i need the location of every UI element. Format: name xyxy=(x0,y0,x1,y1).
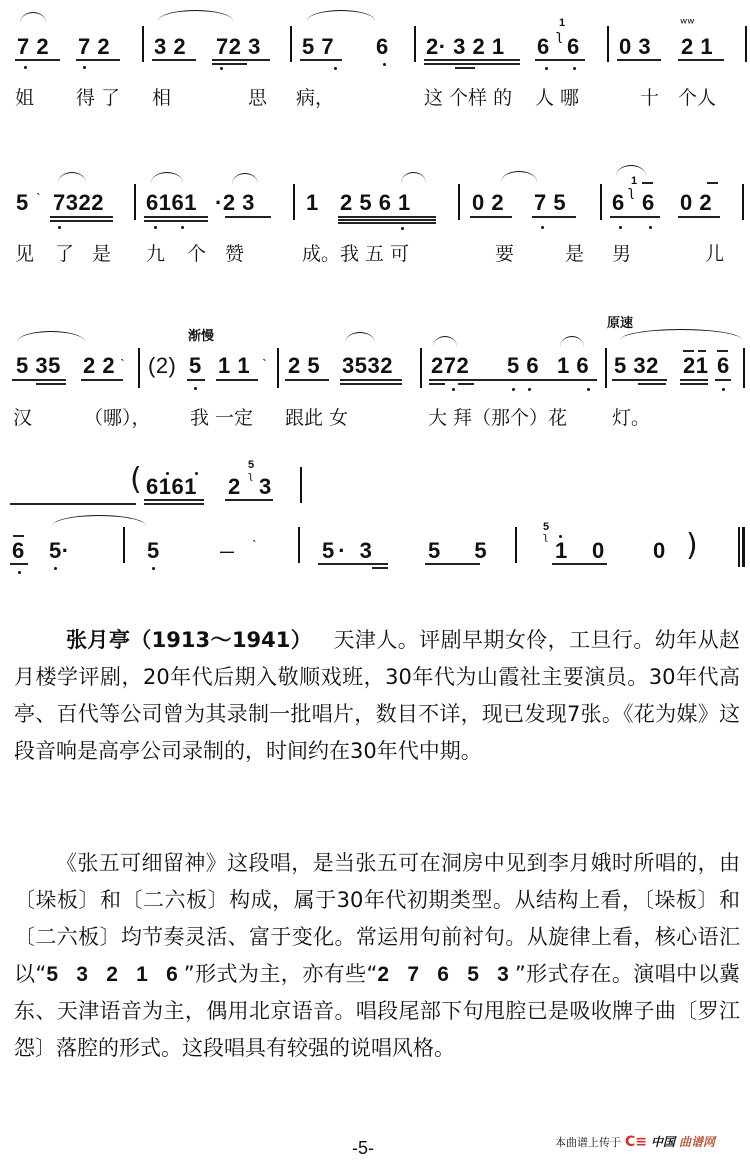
high-dot xyxy=(195,472,198,475)
high-bar xyxy=(717,350,728,352)
underline xyxy=(144,220,208,222)
note-group: 2 1 xyxy=(681,36,713,58)
tempo-mark-slow: 渐慢 xyxy=(188,325,214,344)
note-group: 5 32 xyxy=(614,355,659,377)
note-group: 6161 xyxy=(146,192,197,214)
underline xyxy=(455,67,475,69)
underline xyxy=(187,379,205,381)
bar-line xyxy=(277,348,279,388)
lyric: 大 拜（那个）花 xyxy=(428,407,567,429)
grace-hook: ʅ xyxy=(556,28,562,44)
slur xyxy=(433,336,457,347)
underline xyxy=(144,216,208,218)
low-dot xyxy=(401,227,404,230)
note: 6 xyxy=(376,36,389,58)
underline xyxy=(372,567,388,569)
note: 5 xyxy=(147,540,160,562)
underline xyxy=(144,503,204,505)
note-group: 2 5 xyxy=(288,355,320,377)
low-dot xyxy=(58,226,61,229)
lyric: 赞 xyxy=(225,243,244,265)
underline xyxy=(338,219,436,221)
low-dot xyxy=(54,567,57,570)
underline xyxy=(424,63,520,65)
lyric: 儿 xyxy=(705,243,724,265)
underline xyxy=(50,220,113,222)
underline xyxy=(225,216,271,218)
note: 2 xyxy=(228,476,241,498)
bar-line xyxy=(607,26,609,62)
note-group: 3532 xyxy=(342,355,393,377)
note-group: 3 2 xyxy=(154,36,186,58)
slur xyxy=(501,171,537,182)
note-group: 5 7 xyxy=(302,36,334,58)
slur xyxy=(151,172,183,183)
note: 1 xyxy=(555,540,568,562)
bar-line xyxy=(742,184,744,220)
low-dot xyxy=(452,388,455,391)
underline xyxy=(10,563,28,565)
note-group: 0 3 xyxy=(619,36,651,58)
underline xyxy=(425,563,480,565)
bar-line xyxy=(515,527,517,563)
bar-line xyxy=(300,467,302,503)
slur xyxy=(307,10,375,21)
bar-line xyxy=(743,348,745,388)
underline xyxy=(76,59,120,61)
underline xyxy=(715,379,731,381)
motif-27653: 2 7 6 5 3 xyxy=(377,963,514,986)
slur xyxy=(52,515,146,526)
note: 6 xyxy=(567,36,580,58)
lyric: 个 xyxy=(187,243,206,265)
underline xyxy=(612,379,667,381)
note: 6 xyxy=(612,192,625,214)
low-dot xyxy=(152,567,155,570)
note-group: 1 6 xyxy=(557,355,589,377)
bar-line xyxy=(420,348,422,388)
lyric: 思 xyxy=(248,87,267,109)
double-bar-line xyxy=(742,527,745,567)
lyric: 个人 xyxy=(678,87,716,109)
close-paren: ) xyxy=(686,528,698,563)
underline xyxy=(144,499,204,501)
high-bar xyxy=(698,350,706,352)
slur xyxy=(20,12,46,23)
open-paren: ( xyxy=(130,462,142,497)
low-dot xyxy=(619,226,622,229)
high-dot xyxy=(166,472,169,475)
underline xyxy=(36,383,66,385)
underline xyxy=(610,216,660,218)
low-dot xyxy=(24,66,27,69)
tempo-mark-original: 原速 xyxy=(607,312,633,331)
underline xyxy=(429,383,445,385)
site-logo-part2: 曲谱网 xyxy=(679,1133,715,1150)
score-line-4: ( 6161 2 5 ʅ 3 6 5· 5 — ˴ 5· 3 5 5 5 ʅ 1… xyxy=(0,455,750,585)
bar-line xyxy=(138,348,140,388)
note: 3 xyxy=(259,476,272,498)
underline xyxy=(81,379,123,381)
biography-paragraph: 张月亭（1913～1941） 天津人。评剧早期女伶，工旦行。幼年从赵月楼学评剧，… xyxy=(14,622,740,770)
underline xyxy=(300,59,342,61)
underline xyxy=(458,383,474,385)
slur xyxy=(17,331,85,342)
grace-hook: ʅ xyxy=(543,530,548,543)
underline xyxy=(152,59,196,61)
performer-name: 张月亭（1913～1941） xyxy=(66,628,312,652)
note: 5 xyxy=(189,355,202,377)
underline xyxy=(680,383,708,385)
note-group: 1 1 xyxy=(218,355,250,377)
note-group: 2 5 6 1 xyxy=(340,192,411,214)
underline xyxy=(532,216,576,218)
underline xyxy=(470,216,512,218)
note-group: 21 xyxy=(683,355,708,377)
slur xyxy=(620,329,742,340)
underline xyxy=(555,379,597,381)
note: 6 xyxy=(717,355,730,377)
note: 0 xyxy=(653,540,666,562)
note-group: ·2 3 xyxy=(215,192,255,214)
low-dot xyxy=(334,67,337,70)
underline xyxy=(12,379,66,381)
lyric: 十 xyxy=(640,87,659,109)
note-group: 2 2 xyxy=(83,355,115,377)
underline xyxy=(552,563,607,565)
lyric: 人 哪 xyxy=(535,87,579,109)
underline xyxy=(424,59,520,61)
low-dot xyxy=(512,388,515,391)
lyric: 汉 xyxy=(13,407,32,429)
bar-line xyxy=(600,184,602,220)
underline xyxy=(50,216,113,218)
analysis-text-b: ”形式为主，亦有些“ xyxy=(184,962,378,986)
underline xyxy=(617,59,661,61)
underline xyxy=(212,63,247,65)
tie-line xyxy=(10,503,136,505)
low-dot xyxy=(181,226,184,229)
analysis-paragraph: 《张五可细留神》这段唱，是当张五可在洞房中见到李月娥时所唱的，由〔垛板〕和〔二六… xyxy=(14,845,740,1067)
low-dot xyxy=(541,226,544,229)
bar-line xyxy=(123,527,125,563)
high-bar xyxy=(13,535,24,537)
note-group: 0 2 xyxy=(680,192,712,214)
high-bar xyxy=(642,182,653,184)
upload-credit: 本曲谱上传于 C≡ 中国曲谱网 xyxy=(555,1133,715,1150)
bar-line xyxy=(290,26,292,62)
slur xyxy=(345,332,375,343)
lyric: 男 xyxy=(612,243,631,265)
lyric: 是 xyxy=(92,243,111,265)
underline xyxy=(15,59,60,61)
note-group: 5 6 xyxy=(507,355,539,377)
note: 6 xyxy=(12,540,25,562)
glide-mark: ˴ xyxy=(252,531,257,548)
slur xyxy=(401,172,426,183)
low-dot xyxy=(383,63,386,66)
site-logo-part1: 中国 xyxy=(651,1133,675,1150)
lyric: 了 xyxy=(55,243,74,265)
bar-line xyxy=(134,184,136,220)
lyric: 跟此 女 xyxy=(285,407,348,429)
slur xyxy=(58,172,86,183)
bar-line xyxy=(605,348,607,388)
lyric: 姐 xyxy=(15,87,34,109)
site-logo-icon: C≡ xyxy=(625,1134,647,1150)
low-dot xyxy=(18,571,21,574)
underline xyxy=(338,216,436,218)
score-line-1: 7 2 7 2 3 2 72 3 5 7 6 2· 3 2 1 6 1 ʅ 6 … xyxy=(0,0,750,130)
bar-line xyxy=(745,26,747,62)
lyric: 相 xyxy=(152,87,171,109)
lyric: 九 xyxy=(146,243,165,265)
underline xyxy=(429,379,564,381)
note-group: 0 2 xyxy=(472,192,504,214)
low-dot xyxy=(649,226,652,229)
lyric: 是 xyxy=(565,243,584,265)
underline xyxy=(340,383,402,385)
note: 0 xyxy=(592,540,605,562)
underline xyxy=(285,379,329,381)
lyric: （哪）， xyxy=(84,407,151,429)
note-group: 5 5 xyxy=(428,540,501,562)
lyric: 见 xyxy=(15,243,34,265)
glide-mark: ˴ xyxy=(262,350,267,367)
slur xyxy=(560,336,584,347)
underline xyxy=(338,222,436,224)
trill-mark: ʷʷ xyxy=(680,16,694,32)
glide-mark: ˴ xyxy=(120,350,125,367)
underline xyxy=(216,379,258,381)
upload-text: 本曲谱上传于 xyxy=(555,1134,621,1150)
note-group: 6161 xyxy=(146,476,197,498)
note: 1 xyxy=(306,192,319,214)
note: 6 xyxy=(642,192,655,214)
double-bar-line xyxy=(738,527,740,567)
paren-note: (2) xyxy=(148,355,176,377)
low-dot xyxy=(545,67,548,70)
slur xyxy=(232,173,258,184)
low-dot xyxy=(573,67,576,70)
low-dot xyxy=(220,67,223,70)
low-dot xyxy=(194,387,197,390)
grace-hook: ʅ xyxy=(628,184,634,200)
note: 5 xyxy=(16,192,29,214)
underline xyxy=(535,59,585,61)
slur xyxy=(158,10,233,21)
low-dot xyxy=(528,388,531,391)
underline xyxy=(318,563,388,565)
bar-line xyxy=(142,26,144,62)
note-group: 7 2 xyxy=(78,36,110,58)
underline xyxy=(340,379,402,381)
underline xyxy=(212,59,270,61)
high-dot xyxy=(559,535,562,538)
lyric: 这 个样 的 xyxy=(424,87,512,109)
note-group: 5· 3 xyxy=(322,540,376,562)
motif-53216: 5 3 2 1 6 xyxy=(46,963,183,986)
low-dot xyxy=(587,388,590,391)
underline xyxy=(638,383,666,385)
note-group: 7 2 xyxy=(17,36,49,58)
high-bar xyxy=(707,182,718,184)
underline xyxy=(225,499,273,501)
lyric: 得 了 xyxy=(76,87,120,109)
score-line-3: 渐慢 原速 5 35 2 2 ˴ (2) 5 1 1 ˴ 2 5 3532 27… xyxy=(0,300,750,440)
bar-line xyxy=(298,527,300,563)
page-number: -5- xyxy=(352,1138,374,1159)
high-bar xyxy=(683,350,694,352)
note: 6 xyxy=(537,36,550,58)
low-dot xyxy=(722,388,725,391)
score-line-2: 5 ˴ 7322 6161 ·2 3 1 2 5 6 1 0 2 7 5 6 1… xyxy=(0,160,750,280)
bar-line xyxy=(414,26,416,62)
lyric: 病， xyxy=(296,87,334,109)
note-group: 5 35 xyxy=(16,355,61,377)
note-group: 7322 xyxy=(53,192,104,214)
low-dot xyxy=(83,66,86,69)
note-group: 2· 3 2 1 xyxy=(426,36,505,58)
lyric: 我 一定 xyxy=(190,407,253,429)
note-group: 7 5 xyxy=(534,192,566,214)
lyric: 要 xyxy=(495,243,514,265)
low-dot xyxy=(154,226,157,229)
lyric: 成。我 五 可 xyxy=(302,243,409,265)
underline xyxy=(678,59,724,61)
bar-line xyxy=(293,184,295,220)
underline xyxy=(680,379,708,381)
lyric: 灯。 xyxy=(612,407,650,429)
note-group: 72 3 xyxy=(216,36,261,58)
bar-line xyxy=(458,184,460,220)
note-group: 272 xyxy=(431,355,469,377)
grace-hook: ʅ xyxy=(248,469,253,482)
underline xyxy=(678,216,720,218)
dash: — xyxy=(220,540,235,562)
note: 5· xyxy=(49,540,70,562)
glide-mark: ˴ xyxy=(36,184,41,201)
